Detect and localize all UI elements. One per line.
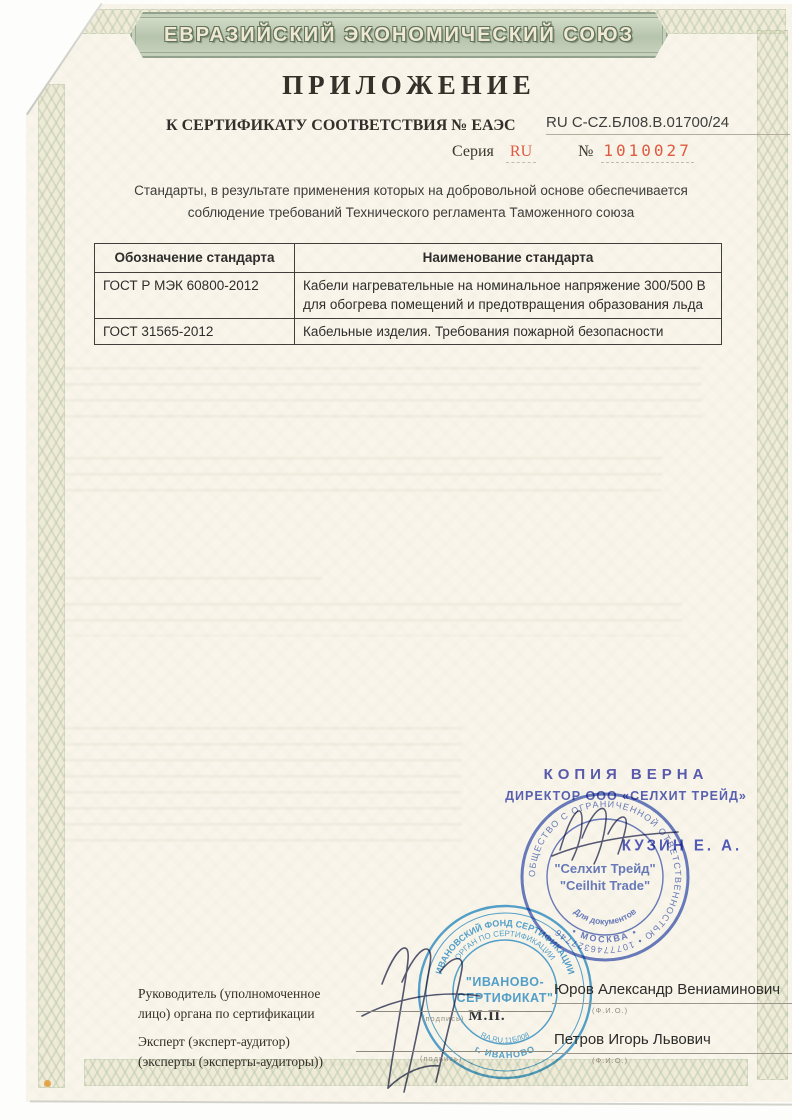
expert-name-line xyxy=(552,1053,792,1054)
bleed-through-text xyxy=(62,576,322,590)
head-name-line xyxy=(552,1003,792,1004)
table-header-row: Обозначение стандарта Наименование станд… xyxy=(95,244,722,273)
bleed-through-text xyxy=(62,726,462,846)
blank-number: 1010027 xyxy=(601,141,693,163)
standard-name: Кабели нагревательные на номинальное нап… xyxy=(295,272,722,318)
series-value: RU xyxy=(506,143,536,163)
expert-name-caption: (Ф.И.О.) xyxy=(592,1056,628,1065)
standards-intro-paragraph: Стандарты, в результате применения котор… xyxy=(96,180,726,225)
bleed-through-text xyxy=(62,366,702,430)
table-row: ГОСТ 31565-2012 Кабельные изделия. Требо… xyxy=(95,318,722,345)
expert-signature-line xyxy=(356,1051,552,1052)
head-signature-line xyxy=(356,1011,552,1012)
bleed-through-text xyxy=(62,602,682,636)
guilloche-border-right xyxy=(757,30,788,1080)
standards-table: Обозначение стандарта Наименование станд… xyxy=(94,243,722,345)
standard-name: Кабельные изделия. Требования пожарной б… xyxy=(295,318,722,345)
head-role-label: Руководитель (уполномоченное лицо) орган… xyxy=(138,984,378,1025)
head-name-caption: (Ф.И.О.) xyxy=(592,1006,628,1015)
company-seal-name-en: "Ceilhit Trade" xyxy=(560,878,650,893)
column-header-designation: Обозначение стандарта xyxy=(95,244,295,273)
series-row: СерияRU№1010027 xyxy=(452,141,694,161)
table-row: ГОСТ Р МЭК 60800-2012 Кабели нагреватель… xyxy=(95,272,722,318)
head-full-name: Юров Александр Вениаминович xyxy=(554,981,780,998)
series-label: Серия xyxy=(452,143,494,160)
copy-verna-stamp: КОПИЯ ВЕРНА xyxy=(496,766,756,783)
director-signature xyxy=(546,794,686,874)
ink-dot xyxy=(44,1080,51,1087)
certificate-scan: ЕВРАЗИЙСКИЙ ЭКОНОМИЧЕСКИЙ СОЮЗ ПРИЛОЖЕНИ… xyxy=(0,0,792,1120)
expert-role-label: Эксперт (эксперт-аудитор) (эксперты (экс… xyxy=(138,1032,388,1073)
eaeu-banner: ЕВРАЗИЙСКИЙ ЭКОНОМИЧЕСКИЙ СОЮЗ xyxy=(130,12,668,58)
expert-full-name: Петров Игорь Львович xyxy=(554,1031,711,1048)
eaeu-banner-text: ЕВРАЗИЙСКИЙ ЭКОНОМИЧЕСКИЙ СОЮЗ xyxy=(164,24,634,47)
page-title: ПРИЛОЖЕНИЕ xyxy=(26,70,792,101)
certificate-number: RU С-CZ.БЛ08.В.01700/24 xyxy=(546,114,790,135)
number-sign: № xyxy=(578,143,593,160)
bleed-through-text xyxy=(62,456,662,500)
expert-signature-caption: (подпись) xyxy=(420,1054,462,1063)
head-signature-caption: (подпись) xyxy=(422,1014,464,1023)
column-header-name: Наименование стандарта xyxy=(295,244,722,273)
standard-designation: ГОСТ 31565-2012 xyxy=(95,318,295,345)
certificate-page: ЕВРАЗИЙСКИЙ ЭКОНОМИЧЕСКИЙ СОЮЗ ПРИЛОЖЕНИ… xyxy=(26,4,792,1102)
certificate-subtitle: К СЕРТИФИКАТУ СООТВЕТСТВИЯ № ЕАЭС xyxy=(166,117,516,135)
standard-designation: ГОСТ Р МЭК 60800-2012 xyxy=(95,272,295,318)
guilloche-border-left xyxy=(38,84,65,1088)
